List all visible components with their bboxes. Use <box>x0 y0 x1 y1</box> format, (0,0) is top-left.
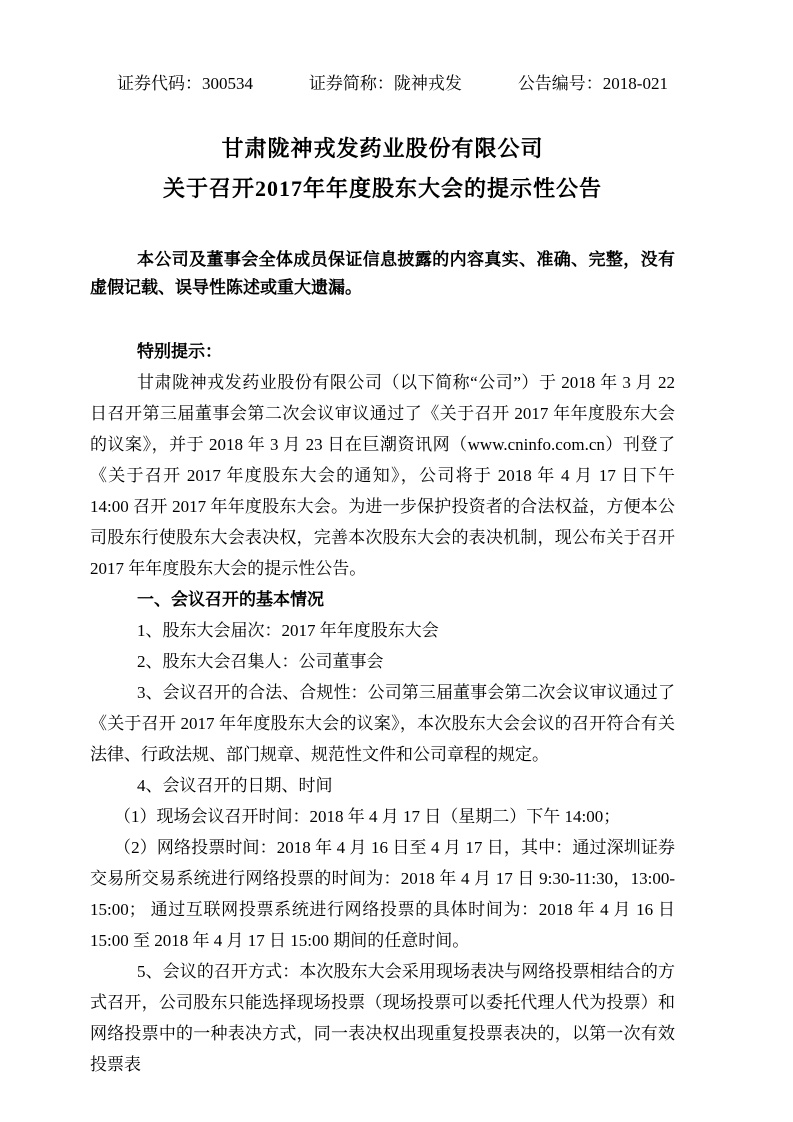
paragraph: 4、会议召开的日期、时间 <box>90 770 675 801</box>
header-row: 证券代码：300534 证券简称：陇神戎发 公告编号：2018-021 <box>117 74 668 94</box>
declaration-paragraph: 本公司及董事会全体成员保证信息披露的内容真实、准确、完整，没有虚假记载、误导性陈… <box>90 246 675 302</box>
document-body: 特别提示：甘肃陇神戎发药业股份有限公司（以下简称“公司”）于 2018 年 3 … <box>90 336 675 1080</box>
section-heading: 特别提示： <box>90 336 675 367</box>
paragraph: 1、股东大会届次：2017 年年度股东大会 <box>90 615 675 646</box>
document-page: 证券代码：300534 证券简称：陇神戎发 公告编号：2018-021 甘肃陇神… <box>0 0 793 1122</box>
section-heading: 一、会议召开的基本情况 <box>90 584 675 615</box>
announcement-number-field: 公告编号：2018-021 <box>518 74 668 94</box>
paragraph: 甘肃陇神戎发药业股份有限公司（以下简称“公司”）于 2018 年 3 月 22 … <box>90 367 675 584</box>
stock-code-field: 证券代码：300534 <box>117 74 253 94</box>
stock-abbr-field: 证券简称：陇神戎发 <box>309 74 462 94</box>
sub-item-paragraph: （2）网络投票时间：2018 年 4 月 16 日至 4 月 17 日，其中：通… <box>90 832 675 956</box>
paragraph: 5、会议的召开方式：本次股东大会采用现场表决与网络投票相结合的方式召开，公司股东… <box>90 956 675 1080</box>
company-name-title: 甘肃陇神戎发药业股份有限公司 <box>90 136 675 162</box>
paragraph: 2、股东大会召集人：公司董事会 <box>90 646 675 677</box>
sub-item-paragraph: （1）现场会议召开时间：2018 年 4 月 17 日（星期二）下午 14:00… <box>90 801 675 832</box>
paragraph: 3、会议召开的合法、合规性：公司第三届董事会第二次会议审议通过了《关于召开 20… <box>90 677 675 770</box>
announcement-title: 关于召开2017年年度股东大会的提示性公告 <box>90 176 675 202</box>
